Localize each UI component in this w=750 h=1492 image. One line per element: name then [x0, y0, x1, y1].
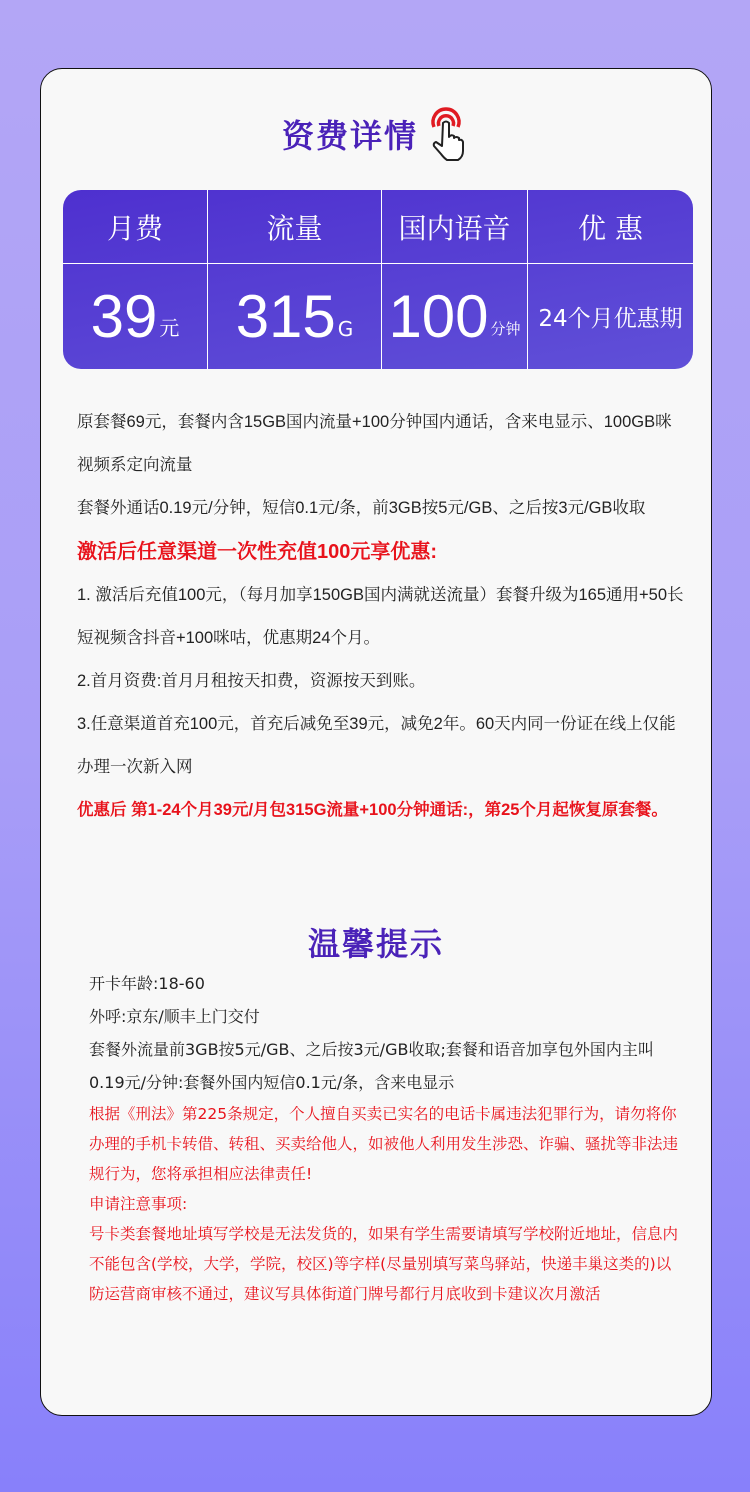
header-discount: 优 惠: [528, 190, 693, 264]
detail-paragraph: 原套餐69元，套餐内含15GB国内流量+100分钟国内通话，含来电显示、100G…: [77, 401, 687, 487]
title-row: 资费详情: [41, 109, 711, 159]
tips-title: 温馨提示: [41, 919, 711, 965]
header-monthly-fee: 月费: [63, 190, 208, 264]
tip-line: 外呼:京东/顺丰上门交付: [89, 1000, 679, 1033]
promo-item: 2.首月资费:首月月租按天扣费，资源按天到账。: [77, 660, 687, 703]
page-title: 资费详情: [282, 111, 418, 157]
header-voice: 国内语音: [382, 190, 528, 264]
value-voice: 100 分钟: [382, 264, 528, 369]
tips-section: 开卡年龄:18-60 外呼:京东/顺丰上门交付 套餐外流量前3GB按5元/GB、…: [89, 967, 679, 1309]
tip-line: 套餐外流量前3GB按5元/GB、之后按3元/GB收取;套餐和语音加享包外国内主叫…: [89, 1033, 679, 1099]
plan-summary-table: 月费 流量 国内语音 优 惠 39 元 315 G 100 分钟 24个月优惠期: [63, 190, 693, 369]
detail-paragraph: 套餐外通话0.19元/分钟，短信0.1元/条，前3GB按5元/GB、之后按3元/…: [77, 487, 687, 530]
value-monthly-fee: 39 元: [63, 264, 208, 369]
promo-heading: 激活后任意渠道一次性充值100元享优惠:: [77, 530, 687, 574]
promo-item: 3.任意渠道首充100元，首充后减免至39元，减免2年。60天内同一份证在线上仅…: [77, 703, 687, 789]
value-data: 315 G: [208, 264, 382, 369]
legal-warning: 根据《刑法》第225条规定，个人擅自买卖已实名的电话卡属违法犯罪行为，请勿将你办…: [89, 1099, 679, 1189]
plan-details: 原套餐69元，套餐内含15GB国内流量+100分钟国内通话，含来电显示、100G…: [77, 401, 687, 832]
after-promo-note: 优惠后 第1-24个月39元/月包315G流量+100分钟通话:，第25个月起恢…: [77, 789, 687, 832]
hand-pointer-click-icon: [426, 107, 470, 161]
plan-detail-card: 资费详情 月费 流量 国内语音 优 惠 39 元 315 G 100 分钟 24…: [40, 68, 712, 1416]
promo-item: 1. 激活后充值100元，（每月加享150GB国内满就送流量）套餐升级为165通…: [77, 574, 687, 660]
value-discount: 24个月优惠期: [528, 264, 693, 369]
notice-text: 号卡类套餐地址填写学校是无法发货的，如果有学生需要请填写学校附近地址，信息内不能…: [89, 1219, 679, 1309]
header-data: 流量: [208, 190, 382, 264]
notice-heading: 申请注意事项:: [89, 1189, 679, 1219]
tip-line: 开卡年龄:18-60: [89, 967, 679, 1000]
